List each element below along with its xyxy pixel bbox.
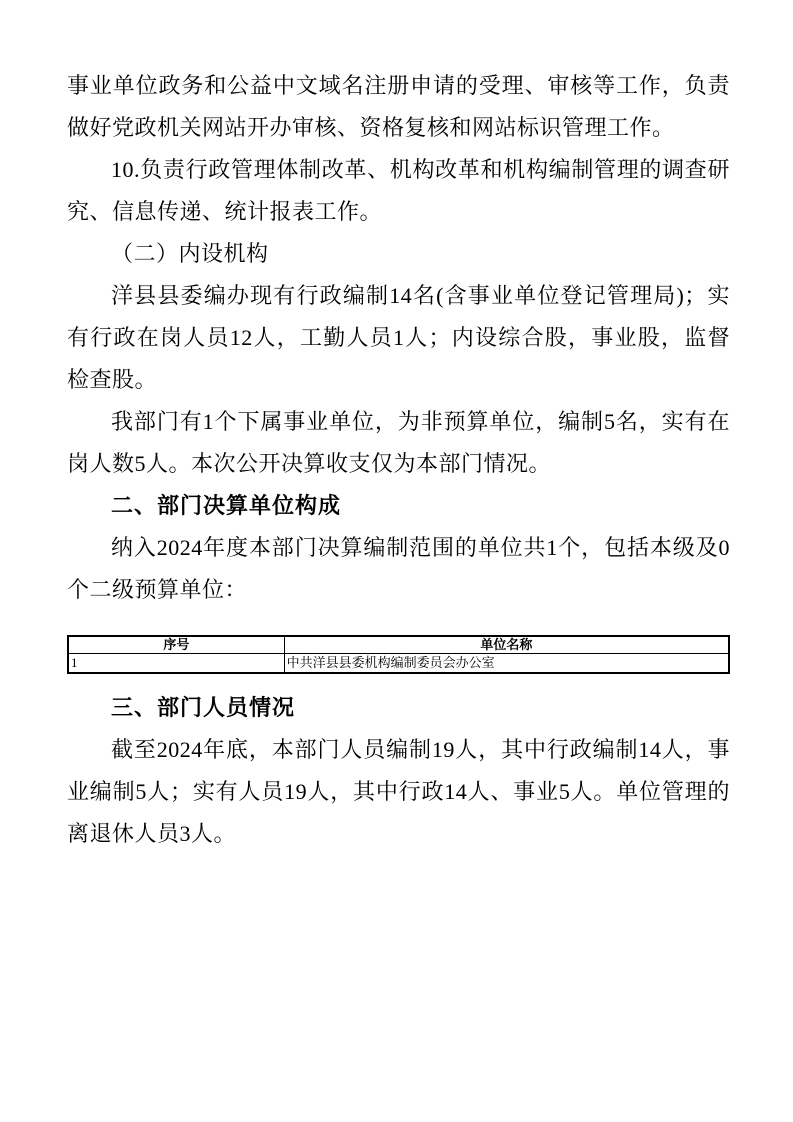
unit-table-header-row: 序号 单位名称 (68, 636, 729, 654)
paragraph-duty-item-10: 10.负责行政管理体制改革、机构改革和机构编制管理的调查研究、信息传递、统计报表… (67, 149, 730, 233)
unit-table-row: 1 中共洋县县委机构编制委员会办公室 (68, 654, 729, 674)
section-heading-unit-composition: 二、部门决算单位构成 (67, 485, 730, 527)
paragraph-subordinate-unit: 我部门有1个下属事业单位，为非预算单位，编制5名，实有在岗人数5人。本次公开决算… (67, 401, 730, 485)
section-heading-personnel: 三、部门人员情况 (67, 687, 730, 729)
unit-index-cell: 1 (68, 654, 284, 674)
unit-table-header-index: 序号 (68, 636, 284, 654)
paragraph-duties-continuation: 事业单位政务和公益中文域名注册申请的受理、审核等工作，负责做好党政机关网站开办审… (67, 65, 730, 149)
paragraph-personnel-details: 截至2024年底，本部门人员编制19人，其中行政编制14人，事业编制5人；实有人… (67, 729, 730, 855)
paragraph-budget-scope: 纳入2024年度本部门决算编制范围的单位共1个，包括本级及0个二级预算单位： (67, 527, 730, 611)
subsection-heading-internal-organs: （二）内设机构 (67, 233, 730, 275)
unit-name-cell: 中共洋县县委机构编制委员会办公室 (284, 654, 729, 674)
document-page: 事业单位政务和公益中文域名注册申请的受理、审核等工作，负责做好党政机关网站开办审… (0, 0, 793, 1122)
unit-table-header-name: 单位名称 (284, 636, 729, 654)
unit-list-table: 序号 单位名称 1 中共洋县县委机构编制委员会办公室 (67, 635, 730, 674)
paragraph-staffing-establishment: 洋县县委编办现有行政编制14名(含事业单位登记管理局)；实有行政在岗人员12人，… (67, 275, 730, 401)
